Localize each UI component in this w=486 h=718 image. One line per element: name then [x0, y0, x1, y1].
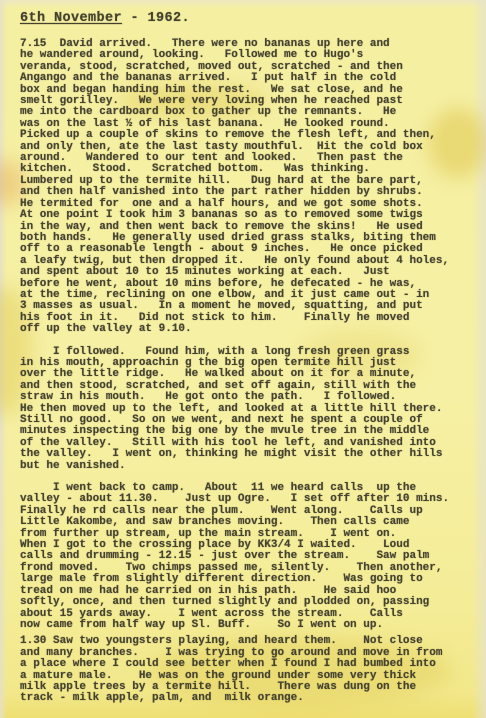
year-text: - 1962.: [122, 11, 190, 26]
journal-page: 6th November - 1962. 7.15 David arrived.…: [0, 0, 486, 718]
date-heading: 6th November - 1962.: [20, 11, 468, 26]
paragraph-morning-observation: 7.15 David arrived. There were no banana…: [20, 39, 468, 336]
paragraph-calls-up-valley: I went back to camp. About 11 we heard c…: [20, 483, 468, 631]
typed-text-area: 6th November - 1962. 7.15 David arrived.…: [20, 11, 468, 705]
paragraph-youngsters-playing: 1.30 Saw two youngsters playing, and hea…: [20, 636, 468, 704]
paragraph-following-david: I followed. Found him, with a long fresh…: [20, 347, 468, 472]
date-text: 6th November: [20, 11, 122, 26]
